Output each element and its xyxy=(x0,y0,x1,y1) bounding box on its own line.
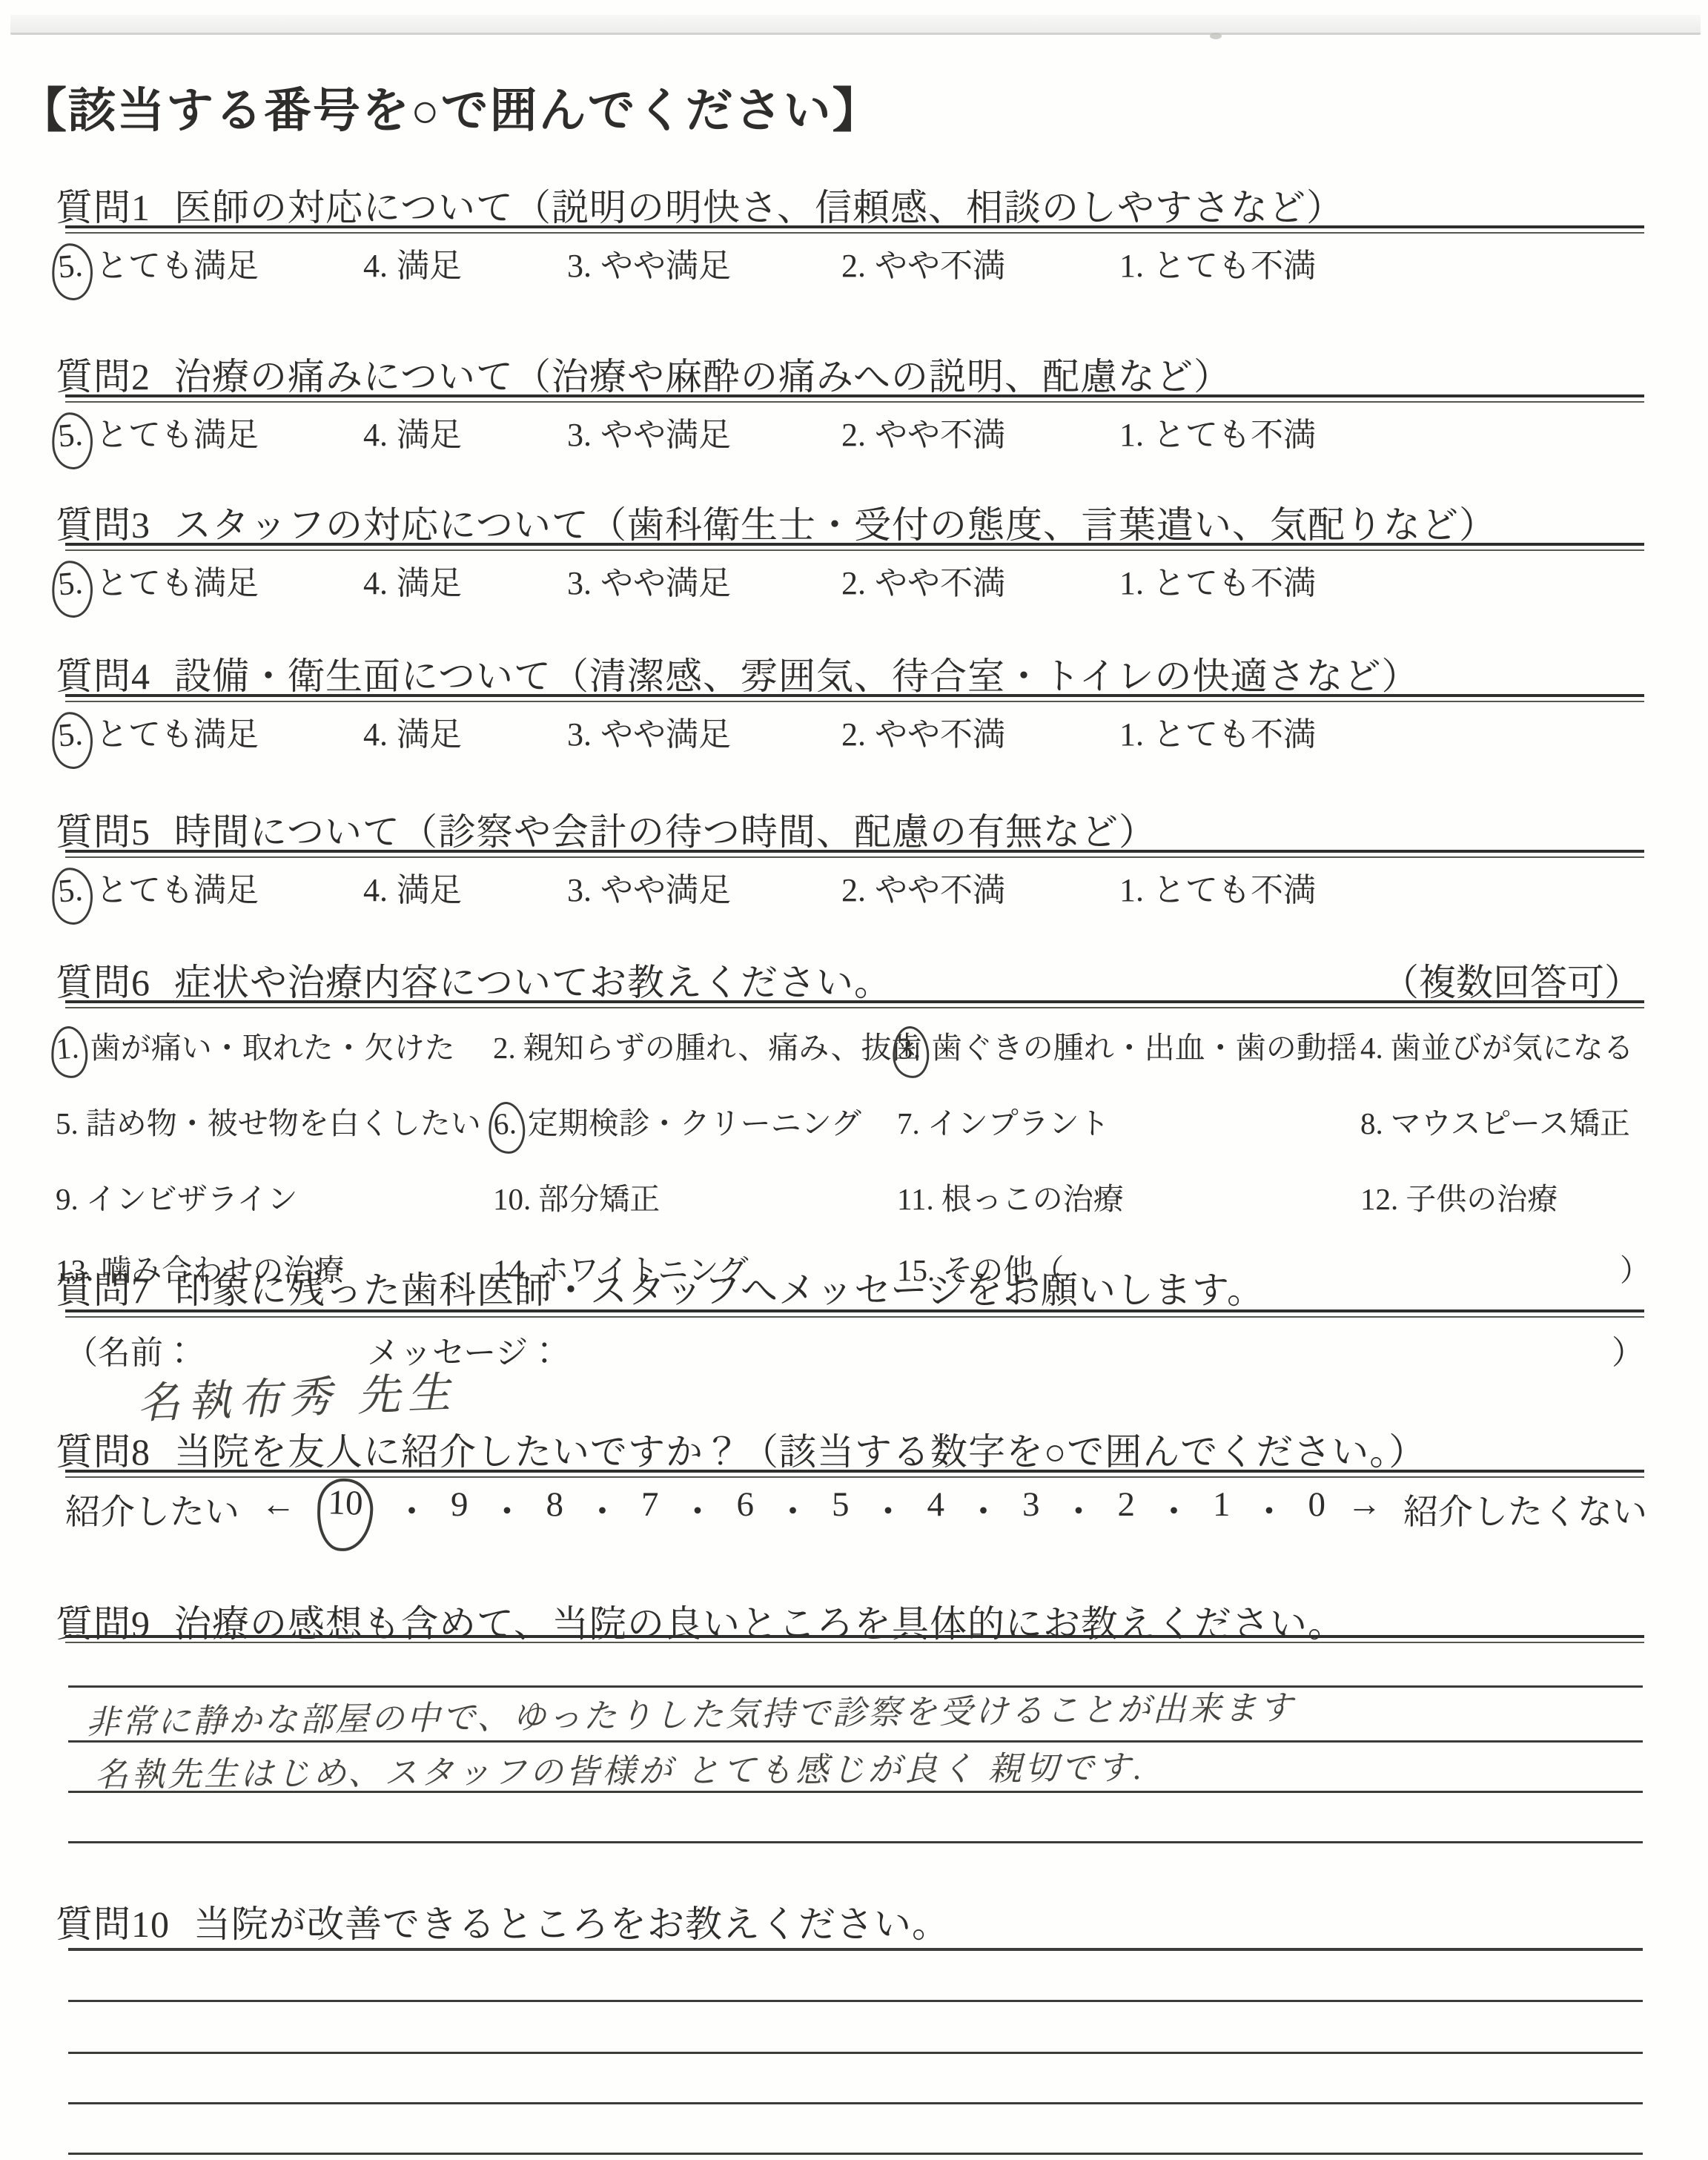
option-number: 1. xyxy=(1119,565,1144,601)
scan-artifact-top-band xyxy=(10,15,1701,35)
option-somewhat-satisfied: 3.やや満足 xyxy=(567,408,731,455)
option-label: 満足 xyxy=(397,417,462,453)
item-label: 歯並びが気になる xyxy=(1391,1031,1634,1065)
scale-value-1: 1 xyxy=(1213,1484,1231,1525)
option-label: やや不満 xyxy=(875,417,1005,453)
option-number: 1. xyxy=(1119,417,1144,453)
nps-scale-row: 紹介したい ← 10 ・ 9 ・ 8 ・ 7 ・ 6 ・ 5 ・ 4 ・ 3 ・… xyxy=(65,1484,1647,1551)
option-number: 1. xyxy=(1119,248,1144,284)
symptom-item-10: 10.部分矯正 xyxy=(493,1175,660,1218)
other-close-paren: ） xyxy=(1620,1246,1650,1289)
question-8-title: 当院を友人に紹介したいですか？（該当する数字を○で囲んでください。） xyxy=(174,1431,1426,1473)
answer-line xyxy=(68,1841,1643,1843)
answer-line xyxy=(68,1791,1643,1793)
option-number: 3. xyxy=(567,872,592,908)
question-5-number: 質問5 xyxy=(56,811,150,853)
option-label: とても不満 xyxy=(1153,716,1316,753)
question-10-heading: 質問10当院が改善できるところをお教えください。 xyxy=(56,1895,950,1948)
item-number: 12. xyxy=(1360,1182,1398,1216)
right-arrow-icon: → xyxy=(1347,1484,1382,1525)
handwritten-doctor-name: 名執布秀 先生 xyxy=(136,1357,459,1430)
item-label: 部分矯正 xyxy=(538,1182,660,1216)
option-very-satisfied: 5.とても満足 xyxy=(58,707,259,769)
option-number: 4. xyxy=(363,716,388,753)
option-somewhat-satisfied: 3.やや満足 xyxy=(567,707,731,755)
question-7-number: 質問7 xyxy=(56,1269,150,1311)
answer-line xyxy=(68,2153,1643,2155)
handdrawn-circle-mark: 5. xyxy=(50,411,96,472)
option-very-satisfied: 5.とても満足 xyxy=(58,239,259,300)
option-somewhat-satisfied: 3.やや満足 xyxy=(567,239,731,286)
question-6-number: 質問6 xyxy=(56,962,150,1003)
handwritten-answer-line-2: 名執先生はじめ、スタッフの皆様が とても感じが良く 親切です. xyxy=(95,1740,1145,1796)
item-label: マウスピース矯正 xyxy=(1391,1106,1630,1140)
question-3-heading: 質問3スタッフの対応について（歯科衛生士・受付の態度、言葉遣い、気配りなど） xyxy=(56,495,1497,549)
option-label: やや不満 xyxy=(875,872,1005,908)
handdrawn-circle-mark: 5. xyxy=(50,242,96,303)
option-very-dissatisfied: 1.とても不満 xyxy=(1119,408,1316,455)
option-satisfied: 4.満足 xyxy=(363,863,462,911)
option-number: 2. xyxy=(841,872,866,908)
option-number: 5. xyxy=(56,564,84,603)
option-number: 3. xyxy=(567,417,592,453)
symptom-item-6: 6.定期検診・クリーニング xyxy=(493,1099,861,1154)
question-4-heading: 質問4設備・衛生面について（清潔感、雰囲気、待合室・トイレの快適さなど） xyxy=(56,647,1420,700)
item-number: 7. xyxy=(897,1106,920,1140)
option-satisfied: 4.満足 xyxy=(363,408,462,455)
option-somewhat-dissatisfied: 2.やや不満 xyxy=(841,239,1005,286)
option-label: やや満足 xyxy=(600,565,731,601)
divider-rule xyxy=(65,543,1644,551)
option-label: とても不満 xyxy=(1153,872,1316,908)
scale-dot: ・ xyxy=(394,1484,429,1534)
question-5-title: 時間について（診察や会計の待つ時間、配慮の有無など） xyxy=(174,811,1156,853)
handdrawn-circle-mark: 10 xyxy=(316,1478,374,1553)
divider-rule xyxy=(65,694,1644,702)
question-1-title: 医師の対応について（説明の明快さ、信頼感、相談のしやすさなど） xyxy=(174,187,1344,228)
item-number: 5. xyxy=(56,1106,79,1140)
question-2-heading: 質問2治療の痛みについて（治療や麻酔の痛みへの説明、配慮など） xyxy=(56,347,1231,400)
option-number: 3. xyxy=(567,716,592,753)
scale-value-2: 2 xyxy=(1118,1484,1136,1525)
option-number: 3. xyxy=(567,565,592,601)
option-label: とても満足 xyxy=(96,417,259,453)
scale-dot: ・ xyxy=(966,1484,1001,1534)
scan-artifact-notch xyxy=(1210,33,1222,39)
option-label: とても満足 xyxy=(96,248,259,284)
item-number: 1. xyxy=(55,1030,80,1066)
scale-value-0: 0 xyxy=(1308,1484,1326,1525)
item-label: 歯ぐきの腫れ・出血・歯の動揺 xyxy=(932,1031,1357,1065)
scale-dot: ・ xyxy=(490,1484,525,1534)
item-number: 4. xyxy=(1360,1031,1383,1065)
handdrawn-circle-mark: 5. xyxy=(50,559,96,620)
option-label: やや満足 xyxy=(600,417,731,453)
option-somewhat-satisfied: 3.やや満足 xyxy=(567,863,731,911)
question-6-title: 症状や治療内容についてお教えください。 xyxy=(174,962,892,1003)
name-field-label: （名前： xyxy=(65,1326,196,1373)
item-number: 9. xyxy=(56,1182,79,1216)
symptom-item-3: 3.歯ぐきの腫れ・出血・歯の動揺 xyxy=(897,1023,1357,1078)
option-very-dissatisfied: 1.とても不満 xyxy=(1119,239,1316,286)
handdrawn-circle-mark: 5. xyxy=(50,710,96,771)
left-arrow-icon: ← xyxy=(261,1484,296,1525)
scale-dot: ・ xyxy=(871,1484,906,1534)
option-label: やや不満 xyxy=(875,248,1005,284)
question-2-number: 質問2 xyxy=(56,356,150,397)
divider-rule xyxy=(65,394,1644,403)
question-2-options-row: 5.とても満足 4.満足 3.やや満足 2.やや不満 1.とても不満 xyxy=(0,408,1708,467)
page-title: 【該当する番号を○で囲んでください】 xyxy=(19,73,881,141)
item-label: 詰め物・被せ物を白くしたい xyxy=(86,1106,481,1140)
option-number: 2. xyxy=(841,565,866,601)
divider-rule xyxy=(65,1309,1644,1318)
symptom-item-2: 2.親知らずの腫れ、痛み、抜歯 xyxy=(493,1023,922,1067)
question-1-options-row: 5.とても満足 4.満足 3.やや満足 2.やや不満 1.とても不満 xyxy=(0,239,1708,298)
option-somewhat-satisfied: 3.やや満足 xyxy=(567,556,731,604)
scale-value-8: 8 xyxy=(546,1484,564,1525)
option-label: やや不満 xyxy=(875,565,1005,601)
option-label: とても満足 xyxy=(96,716,259,753)
option-number: 5. xyxy=(56,716,84,754)
answer-line xyxy=(68,2000,1643,2002)
option-satisfied: 4.満足 xyxy=(363,556,462,604)
symptom-item-8: 8.マウスピース矯正 xyxy=(1360,1099,1630,1143)
option-number: 4. xyxy=(363,417,388,453)
option-number: 5. xyxy=(56,247,84,285)
option-label: とても不満 xyxy=(1153,417,1316,453)
handdrawn-circle-mark: 1. xyxy=(50,1025,90,1079)
scale-value-5: 5 xyxy=(832,1484,850,1525)
scale-dot: ・ xyxy=(585,1484,620,1534)
question-4-title: 設備・衛生面について（清潔感、雰囲気、待合室・トイレの快適さなど） xyxy=(174,655,1420,697)
question-1-heading: 質問1医師の対応について（説明の明快さ、信頼感、相談のしやすさなど） xyxy=(56,178,1344,231)
option-label: 満足 xyxy=(397,716,462,753)
divider-rule xyxy=(65,850,1644,858)
option-label: とても不満 xyxy=(1153,248,1316,284)
option-very-dissatisfied: 1.とても不満 xyxy=(1119,707,1316,755)
answer-line xyxy=(68,1948,1643,1951)
option-label: やや満足 xyxy=(600,716,731,753)
question-7-heading: 質問7印象に残った歯科医師・スタッフへメッセージをお願いします。 xyxy=(56,1261,1265,1314)
item-number: 10. xyxy=(493,1182,531,1216)
option-label: やや満足 xyxy=(600,248,731,284)
question-3-title: スタッフの対応について（歯科衛生士・受付の態度、言葉遣い、気配りなど） xyxy=(174,504,1497,546)
item-label: インプラント xyxy=(927,1106,1110,1140)
item-label: 定期検診・クリーニング xyxy=(528,1106,861,1140)
scale-value-10: 10 xyxy=(328,1483,364,1523)
option-number: 2. xyxy=(841,248,866,284)
scale-right-label: 紹介したくない xyxy=(1403,1484,1647,1534)
option-somewhat-dissatisfied: 2.やや不満 xyxy=(841,408,1005,455)
question-5-options-row: 5.とても満足 4.満足 3.やや満足 2.やや不満 1.とても不満 xyxy=(0,863,1708,922)
option-satisfied: 4.満足 xyxy=(363,239,462,286)
item-label: 歯が痛い・取れた・欠けた xyxy=(90,1031,455,1065)
divider-rule xyxy=(65,225,1644,234)
option-label: 満足 xyxy=(397,872,462,908)
item-label: 子供の治療 xyxy=(1406,1182,1558,1216)
option-label: やや不満 xyxy=(875,716,1005,753)
symptom-item-1: 1.歯が痛い・取れた・欠けた xyxy=(56,1023,455,1078)
scanned-survey-page: 【該当する番号を○で囲んでください】 質問1医師の対応について（説明の明快さ、信… xyxy=(0,0,1708,2160)
option-number: 2. xyxy=(841,417,866,453)
divider-rule xyxy=(65,1635,1644,1643)
scale-value-9: 9 xyxy=(451,1484,469,1525)
handdrawn-circle-mark: 3. xyxy=(891,1025,931,1079)
handdrawn-circle-mark: 5. xyxy=(50,866,96,927)
option-label: 満足 xyxy=(397,565,462,601)
scale-dot: ・ xyxy=(1062,1484,1096,1534)
option-number: 5. xyxy=(56,871,84,910)
symptom-item-11: 11.根っこの治療 xyxy=(897,1175,1124,1218)
symptom-item-5: 5.詰め物・被せ物を白くしたい xyxy=(56,1099,481,1143)
item-number: 8. xyxy=(1360,1106,1383,1140)
scale-value-7: 7 xyxy=(641,1484,659,1525)
question-1-number: 質問1 xyxy=(56,187,150,228)
answer-line xyxy=(68,2102,1643,2104)
scale-dot: ・ xyxy=(681,1484,715,1534)
answer-line xyxy=(68,2052,1643,2054)
option-somewhat-dissatisfied: 2.やや不満 xyxy=(841,863,1005,911)
option-very-dissatisfied: 1.とても不満 xyxy=(1119,863,1316,911)
question-2-title: 治療の痛みについて（治療や麻酔の痛みへの説明、配慮など） xyxy=(174,356,1231,397)
question-8-number: 質問8 xyxy=(56,1431,150,1473)
option-number: 4. xyxy=(363,565,388,601)
question-5-heading: 質問5時間について（診察や会計の待つ時間、配慮の有無など） xyxy=(56,802,1156,856)
item-number: 11. xyxy=(897,1182,934,1216)
option-label: とても満足 xyxy=(96,872,259,908)
item-number: 6. xyxy=(492,1106,517,1141)
question-6-note: （複数回答可） xyxy=(1382,953,1641,1006)
option-very-satisfied: 5.とても満足 xyxy=(58,408,259,469)
question-7-title: 印象に残った歯科医師・スタッフへメッセージをお願いします。 xyxy=(174,1269,1265,1311)
item-label: 根っこの治療 xyxy=(941,1182,1124,1216)
handdrawn-circle-mark: 6. xyxy=(487,1100,527,1155)
item-number: 2. xyxy=(493,1031,516,1065)
option-somewhat-dissatisfied: 2.やや不満 xyxy=(841,707,1005,755)
option-number: 2. xyxy=(841,716,866,753)
item-label: インビザライン xyxy=(86,1182,298,1216)
option-satisfied: 4.満足 xyxy=(363,707,462,755)
scale-dot: ・ xyxy=(1252,1484,1287,1534)
option-very-satisfied: 5.とても満足 xyxy=(58,556,259,618)
option-number: 4. xyxy=(363,872,388,908)
scale-left-label: 紹介したい xyxy=(65,1484,239,1534)
option-number: 1. xyxy=(1119,872,1144,908)
scale-value-3: 3 xyxy=(1022,1484,1040,1525)
option-very-satisfied: 5.とても満足 xyxy=(58,863,259,925)
option-number: 1. xyxy=(1119,716,1144,753)
scale-dot: ・ xyxy=(1156,1484,1191,1534)
divider-rule xyxy=(65,1000,1644,1008)
close-paren: ） xyxy=(1612,1326,1644,1373)
option-number: 4. xyxy=(363,248,388,284)
question-8-heading: 質問8当院を友人に紹介したいですか？（該当する数字を○で囲んでください。） xyxy=(56,1422,1426,1476)
question-6-heading: 質問6症状や治療内容についてお教えください。 xyxy=(56,953,892,1006)
question-3-options-row: 5.とても満足 4.満足 3.やや満足 2.やや不満 1.とても不満 xyxy=(0,556,1708,615)
option-very-dissatisfied: 1.とても不満 xyxy=(1119,556,1316,604)
option-label: 満足 xyxy=(397,248,462,284)
scale-dot: ・ xyxy=(775,1484,810,1534)
option-number: 5. xyxy=(56,416,84,455)
item-label: 親知らずの腫れ、痛み、抜歯 xyxy=(523,1031,922,1065)
symptom-item-9: 9.インビザライン xyxy=(56,1175,298,1218)
option-label: やや満足 xyxy=(600,872,731,908)
symptom-item-7: 7.インプラント xyxy=(897,1099,1110,1143)
question-4-number: 質問4 xyxy=(56,655,150,697)
option-label: とても満足 xyxy=(96,565,259,601)
scale-value-4: 4 xyxy=(927,1484,945,1525)
question-4-options-row: 5.とても満足 4.満足 3.やや満足 2.やや不満 1.とても不満 xyxy=(0,707,1708,767)
option-number: 3. xyxy=(567,248,592,284)
item-number: 3. xyxy=(896,1030,921,1066)
symptom-item-4: 4.歯並びが気になる xyxy=(1360,1023,1634,1067)
divider-rule xyxy=(65,1470,1644,1478)
handwritten-answer-line-1: 非常に静かな部屋の中で、ゆったりした気持で診察を受けることが出来ます xyxy=(86,1680,1295,1743)
symptom-item-12: 12.子供の治療 xyxy=(1360,1175,1558,1218)
option-label: とても不満 xyxy=(1153,565,1316,601)
question-10-title: 当院が改善できるところをお教えください。 xyxy=(193,1903,950,1945)
question-10-number: 質問10 xyxy=(56,1903,170,1945)
scale-value-6: 6 xyxy=(737,1484,755,1525)
option-somewhat-dissatisfied: 2.やや不満 xyxy=(841,556,1005,604)
question-3-number: 質問3 xyxy=(56,504,150,546)
